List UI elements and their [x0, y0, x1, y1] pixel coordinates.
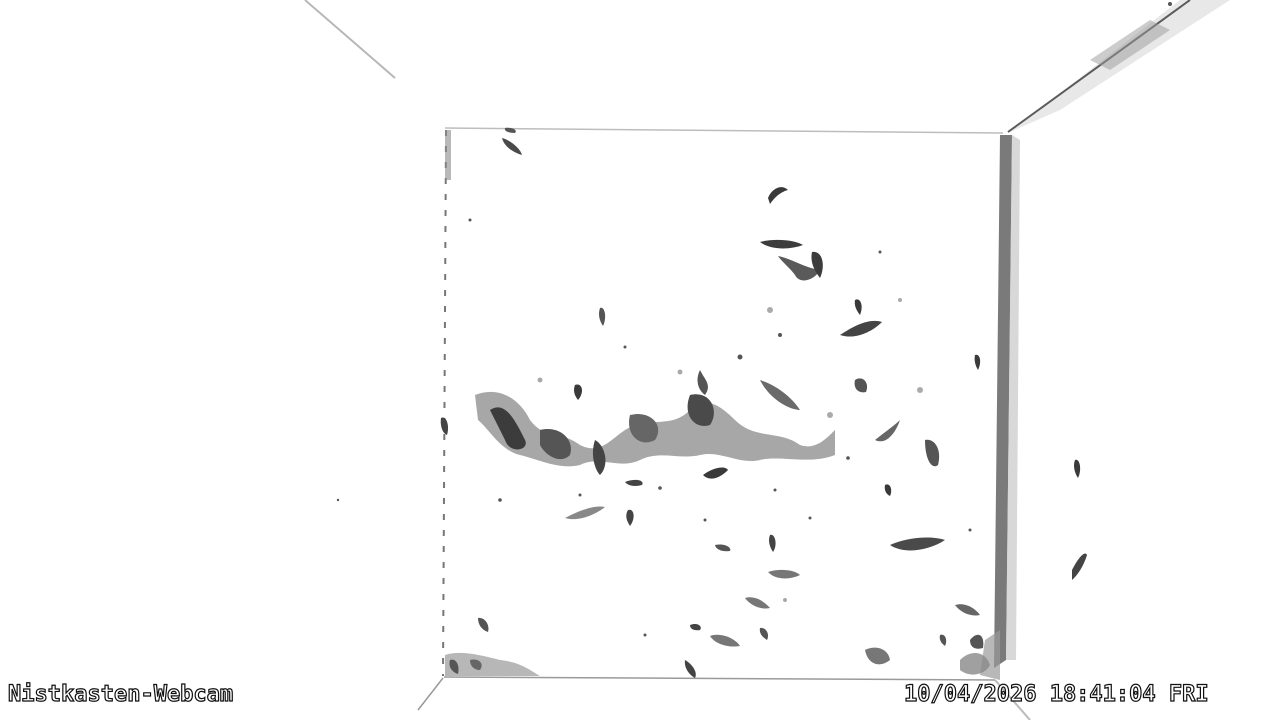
webcam-frame: Nistkasten-Webcam 10/04/2026 18:41:04 FR…: [0, 0, 1280, 720]
camera-name-overlay: Nistkasten-Webcam: [8, 683, 233, 707]
wall-seams: [305, 0, 1230, 720]
datetime-overlay: 10/04/2026 18:41:04 FRI: [904, 683, 1209, 707]
nestbox-scene: [0, 0, 1280, 720]
